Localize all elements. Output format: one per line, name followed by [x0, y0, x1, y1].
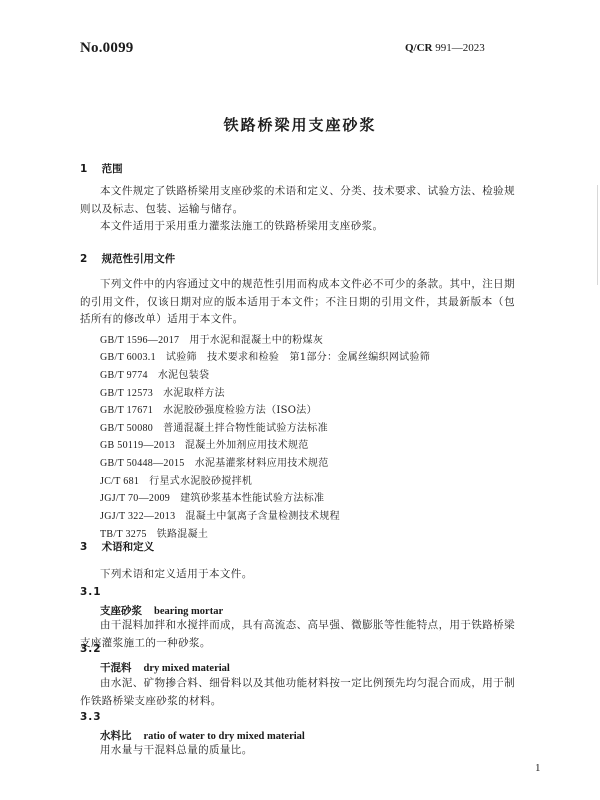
scope-paragraph-1: 本文件规定了铁路桥梁用支座砂浆的术语和定义、分类、技术要求、试验方法、检验规则以…	[80, 183, 515, 218]
section-number: 3	[80, 541, 98, 553]
doc-number: No.0099	[80, 40, 133, 57]
section-number: 2	[80, 253, 98, 265]
term-definition: 由干混料加拌和水搅拌而成，具有高流态、高早强、微膨胀等性能特点，用于铁路桥梁支座…	[80, 617, 515, 652]
term-en: dry mixed material	[144, 663, 230, 674]
term-definition: 用水量与干混料总量的质量比。	[80, 742, 515, 760]
term-zh: 支座砂浆	[100, 605, 142, 617]
clause-number: 3.2	[80, 643, 102, 655]
section-number: 1	[80, 163, 98, 175]
reference-item: GB/T 50080普通混凝土拌合物性能试验方法标准	[100, 419, 328, 434]
term-en: bearing mortar	[154, 606, 223, 617]
term-heading: 水料比ratio of water to dry mixed material	[100, 728, 305, 743]
reference-item: GB/T 50448—2015水泥基灌浆材料应用技术规范	[100, 454, 329, 469]
scan-edge-line	[597, 185, 598, 285]
term-heading: 支座砂浆bearing mortar	[100, 603, 223, 618]
term-heading: 干混料dry mixed material	[100, 660, 230, 675]
references-intro: 下列文件中的内容通过文中的规范性引用而构成本文件必不可少的条款。其中，注日期的引…	[80, 276, 515, 329]
term-definition: 由水泥、矿物掺合料、细骨料以及其他功能材料按一定比例预先均匀混合而成，用于制作铁…	[80, 675, 515, 710]
standard-number: 991—2023	[435, 42, 485, 54]
term-en: ratio of water to dry mixed material	[144, 731, 305, 742]
page-number: 1	[535, 762, 541, 774]
reference-item: JC/T 681行星式水泥胶砂搅拌机	[100, 472, 252, 487]
section-title: 范围	[102, 163, 123, 175]
clause-number: 3.1	[80, 586, 102, 598]
reference-item: JGJ/T 70—2009建筑砂浆基本性能试验方法标准	[100, 489, 324, 504]
term-zh: 水料比	[100, 730, 132, 742]
term-zh: 干混料	[100, 662, 132, 674]
section-title: 规范性引用文件	[102, 253, 176, 265]
standard-code: Q/CR 991—2023	[405, 42, 485, 54]
document-title: 铁路桥梁用支座砂浆	[0, 114, 600, 135]
terms-intro: 下列术语和定义适用于本文件。	[80, 566, 515, 584]
reference-item: GB/T 9774水泥包装袋	[100, 366, 209, 381]
section-heading-scope: 1 范围	[80, 161, 123, 176]
document-page: No.0099 Q/CR 991—2023 铁路桥梁用支座砂浆 1 范围 本文件…	[0, 0, 600, 800]
standard-prefix: Q/CR	[405, 42, 433, 54]
section-heading-terms: 3 术语和定义	[80, 539, 154, 554]
section-heading-normative-references: 2 规范性引用文件	[80, 251, 175, 266]
reference-item: TB/T 3275铁路混凝土	[100, 525, 208, 540]
reference-item: JGJ/T 322—2013混凝土中氯离子含量检测技术规程	[100, 507, 340, 522]
clause-number: 3.3	[80, 711, 102, 723]
section-title: 术语和定义	[102, 541, 155, 553]
reference-item: GB/T 12573水泥取样方法	[100, 384, 225, 399]
reference-item: GB/T 1596—2017用于水泥和混凝土中的粉煤灰	[100, 331, 323, 346]
reference-item: GB/T 17671水泥胶砂强度检验方法（ISO法）	[100, 401, 317, 416]
reference-item: GB/T 6003.1试验筛 技术要求和检验 第1部分：金属丝编织网试验筛	[100, 348, 430, 363]
reference-item: GB 50119—2013混凝土外加剂应用技术规范	[100, 436, 309, 451]
scope-paragraph-2: 本文件适用于采用重力灌浆法施工的铁路桥梁用支座砂浆。	[80, 218, 515, 236]
